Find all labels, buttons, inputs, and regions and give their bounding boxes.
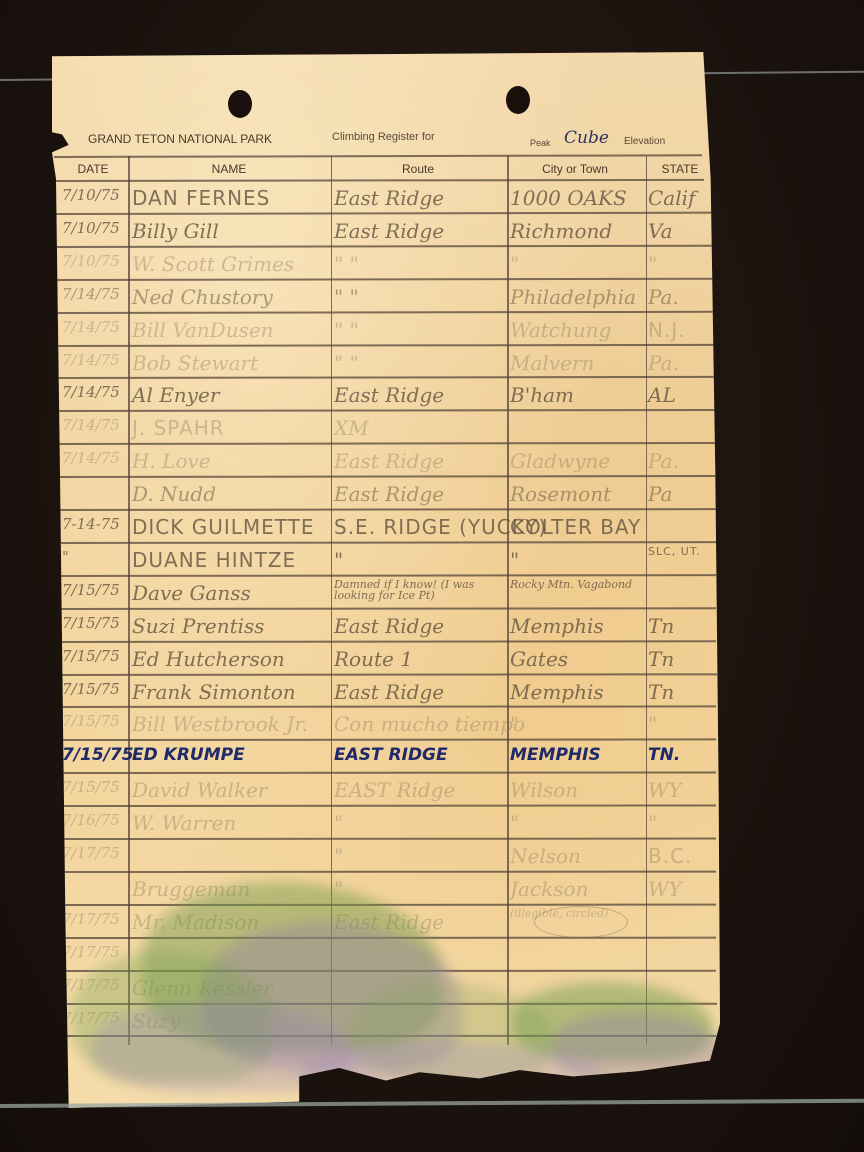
entry-city: Gladwyne [510, 451, 610, 471]
entry-name: Suzy [132, 1011, 180, 1031]
grid-row-line [62, 838, 716, 840]
entry-date: 7/10/75 [62, 254, 120, 269]
grid-row-line [57, 343, 716, 346]
entry-date: 7/14/75 [62, 385, 120, 400]
entry-name: W. Warren [132, 813, 236, 833]
entry-date: 7/14/75 [62, 287, 120, 302]
entry-route: " [334, 846, 343, 866]
grid-row-line [61, 772, 716, 774]
grid-row-line [62, 870, 716, 872]
entry-state: SLC, UT. [648, 546, 720, 557]
entry-date: 7/10/75 [62, 221, 120, 236]
entry-city: Philadelphia [510, 287, 636, 307]
entry-name: Bill Westbrook Jr. [132, 714, 308, 734]
grid-row-line [57, 310, 716, 313]
entry-date: 7/14/75 [62, 320, 120, 335]
grid-row-line [63, 903, 716, 905]
entry-state: Tn [648, 616, 674, 636]
entry-date: 7/14/75 [62, 451, 120, 466]
entry-date: 7/15/75 [62, 714, 120, 729]
entry-route: XM [334, 418, 369, 438]
grid-row-line [60, 574, 716, 576]
entry-state: TN. [648, 747, 680, 764]
entry-name: Ned Chustory [132, 287, 273, 307]
grid-row-line [57, 277, 716, 280]
entry-date: 7/17/75 [62, 945, 120, 960]
circled-annotation [534, 906, 628, 938]
grid-column-line [128, 156, 130, 1045]
column-header-state: STATE [644, 162, 716, 176]
entry-route: East Ridge [334, 616, 444, 636]
entry-state: " [648, 714, 657, 734]
entry-route: East Ridge [334, 682, 444, 702]
entry-route: East Ridge [334, 912, 444, 932]
entry-state: WY [648, 879, 682, 899]
entry-route: EAST RIDGE [334, 747, 448, 764]
entry-city: " [510, 813, 519, 833]
grid-row-line [63, 936, 716, 938]
entry-name: Bill VanDusen [132, 320, 274, 340]
entry-city: Rocky Mtn. Vagabond [510, 579, 648, 590]
entry-date: 7-14-75 [62, 517, 120, 532]
entry-city: " [510, 714, 519, 734]
entry-date: 7/15/75 [62, 682, 120, 697]
entry-route: EAST Ridge [334, 780, 455, 800]
entry-state: Pa. [648, 353, 679, 373]
grid-row-line [63, 969, 716, 971]
entry-state: WY [648, 780, 682, 800]
entry-city: Rosemont [510, 484, 611, 504]
grid-row-line [54, 179, 704, 182]
entry-date: 7/17/75 [62, 912, 120, 927]
entry-city: B'ham [510, 385, 574, 405]
column-header-date: DATE [58, 162, 128, 176]
entry-route: " " [334, 254, 359, 274]
entry-route: " [334, 879, 343, 899]
entry-route: East Ridge [334, 385, 444, 405]
entry-route: " [334, 550, 343, 570]
entry-name: W. Scott Grimes [132, 254, 294, 274]
entry-state: AL [648, 385, 676, 405]
grid-row-line [64, 1035, 716, 1037]
entry-route: East Ridge [334, 221, 444, 241]
entry-state: Pa. [648, 287, 679, 307]
entry-date: 7/15/75 [62, 649, 120, 664]
entry-route: East Ridge [334, 484, 444, 504]
entry-date: 7/15/75 [62, 780, 120, 795]
grid-row-line [60, 640, 716, 642]
grid-row-line [59, 508, 716, 510]
entry-name: DICK GUILMETTE [132, 517, 315, 537]
entry-name: Bruggeman [132, 879, 250, 899]
entry-name: Suzi Prentiss [132, 616, 265, 636]
entry-date: 7/15/75 [62, 747, 134, 764]
entry-route: Route 1 [334, 649, 413, 669]
entry-city: " [510, 254, 519, 274]
entry-name: Dave Ganss [132, 583, 251, 603]
entry-name: ED KRUMPE [132, 747, 245, 764]
entry-name: DAN FERNES [132, 188, 270, 208]
entry-city: " [510, 550, 519, 570]
entry-route: " " [334, 287, 359, 307]
grid-row-line [56, 212, 716, 215]
entry-name: J. SPAHR [132, 418, 225, 438]
grid-row-line [59, 541, 716, 543]
entry-date: 7/17/75 [62, 1011, 120, 1026]
entry-city: Gates [510, 649, 568, 669]
entry-state: N.J. [648, 320, 686, 340]
entry-state: Va [648, 221, 673, 241]
entry-date: 7/10/75 [62, 188, 120, 203]
entry-name: Al Enyer [132, 385, 219, 405]
grid-column-line [331, 156, 333, 1045]
entry-route: Con mucho tiempo [334, 714, 525, 734]
entry-name: Glenn Kessler [132, 978, 273, 998]
entry-city: Wilson [510, 780, 578, 800]
entry-date: 7/17/75 [62, 846, 120, 861]
entry-name: Ed Hutcherson [132, 649, 285, 669]
entry-city: Malvern [510, 353, 594, 373]
entry-city: Watchung [510, 320, 611, 340]
grid-row-line [61, 739, 716, 741]
entry-date: 7/15/75 [62, 583, 120, 598]
entry-state: " [648, 254, 657, 274]
entry-state: " [648, 813, 657, 833]
grid-row-line [54, 154, 702, 157]
grid-row-line [57, 245, 716, 248]
entry-date: 7/16/75 [62, 813, 120, 828]
grid-row-line [61, 706, 716, 708]
entry-state: Pa. [648, 451, 679, 471]
entry-name: Mr. Madison [132, 912, 259, 932]
grid-row-line [58, 442, 716, 445]
entry-city: COLTER BAY [510, 517, 641, 537]
entry-route: " " [334, 320, 359, 340]
entry-name: H. Love [132, 451, 211, 471]
entry-state: Pa [648, 484, 672, 504]
entry-date: 7/17/75 [62, 978, 120, 993]
entry-city: 1000 OAKS [510, 188, 627, 208]
entry-city: Memphis [510, 616, 604, 636]
grid-row-line [59, 475, 716, 477]
entry-name: Frank Simonton [132, 682, 296, 702]
entry-name: David Walker [132, 780, 267, 800]
climbing-register-sheet: GRAND TETON NATIONAL PARK Climbing Regis… [52, 52, 720, 1108]
entry-state: Calif [648, 188, 695, 208]
entry-date: 7/14/75 [62, 418, 120, 433]
entry-name: DUANE HINTZE [132, 550, 296, 570]
entry-date: 7/14/75 [62, 353, 120, 368]
entry-route: Damned if I know! (I was looking for Ice… [334, 579, 510, 601]
entry-city: Memphis [510, 682, 604, 702]
grid-row-line [63, 1002, 716, 1004]
entry-date: " [62, 550, 69, 565]
entry-route: " " [334, 353, 359, 373]
column-header-name: NAME [128, 162, 330, 176]
grid-row-line [62, 805, 716, 807]
entry-state: Tn [648, 649, 674, 669]
entry-date: 7/15/75 [62, 616, 120, 631]
entry-city: Jackson [510, 879, 588, 899]
entry-state: B.C. [648, 846, 692, 866]
entry-city: MEMPHIS [510, 747, 601, 764]
grid-row-line [60, 607, 716, 609]
grid-row-line [58, 409, 716, 412]
column-header-city-or-town: City or Town [506, 162, 644, 176]
grid-row-line [60, 673, 716, 675]
entry-city: Richmond [510, 221, 612, 241]
entry-name: Bob Stewart [132, 353, 258, 373]
grid-row-line [58, 376, 716, 379]
entry-city: Nelson [510, 846, 581, 866]
entry-name: D. Nudd [132, 484, 216, 504]
column-header-route: Route [330, 162, 506, 176]
entry-route: East Ridge [334, 188, 444, 208]
entry-route: East Ridge [334, 451, 444, 471]
entry-name: Billy Gill [132, 221, 219, 241]
entry-state: Tn [648, 682, 674, 702]
register-table: DATENAMERouteCity or TownSTATE7/10/75DAN… [52, 52, 720, 1108]
entry-route: " [334, 813, 343, 833]
